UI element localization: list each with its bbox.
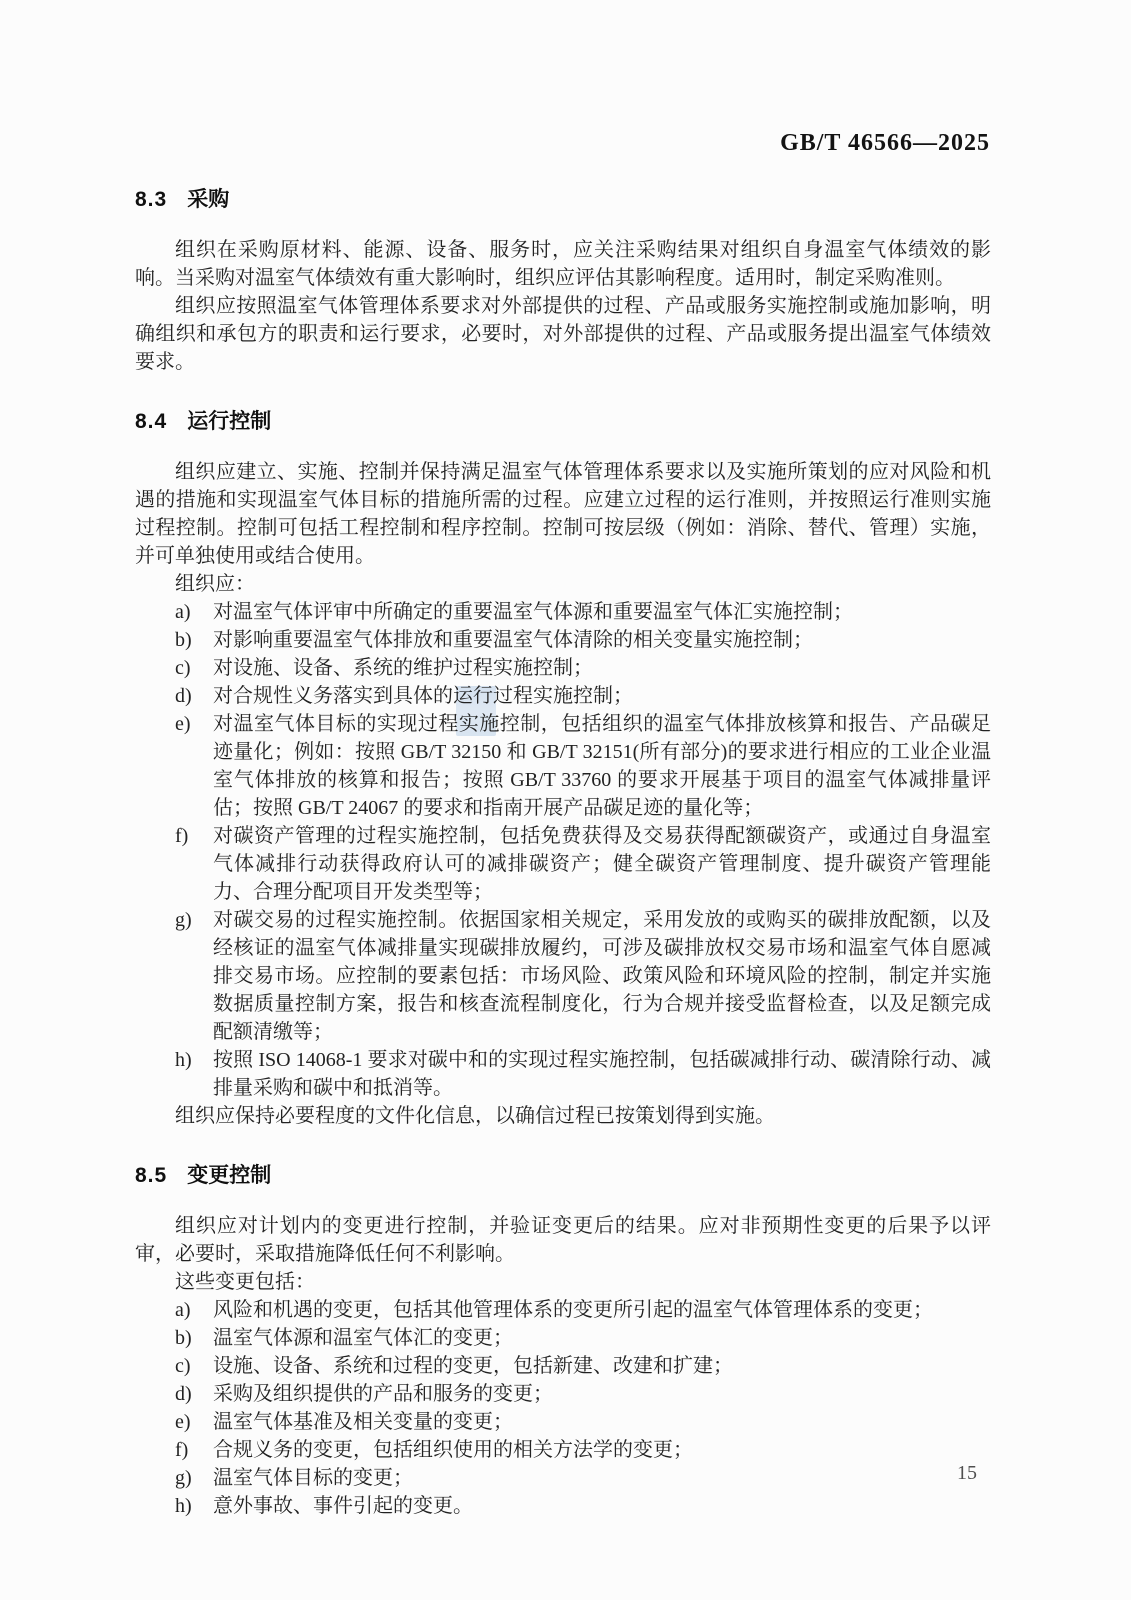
list-item-label: g): [175, 1464, 213, 1492]
list-item: b)温室气体源和温室气体汇的变更；: [135, 1324, 991, 1352]
list-item-text: 合规义务的变更，包括组织使用的相关方法学的变更；: [213, 1436, 991, 1464]
list-item-text: 对温室气体评审中所确定的重要温室气体源和重要温室气体汇实施控制；: [213, 598, 991, 626]
paragraph: 组织应建立、实施、控制并保持满足温室气体管理体系要求以及实施所策划的应对风险和机…: [135, 458, 991, 570]
list-item: d)对合规性义务落实到具体的运行过程实施控制；: [135, 682, 991, 710]
list-item-label: g): [175, 906, 213, 1046]
list-intro: 这些变更包括：: [135, 1268, 991, 1296]
page-content: 8.3采购 组织在采购原材料、能源、设备、服务时，应关注采购结果对组织自身温室气…: [135, 186, 991, 1520]
list-item-label: b): [175, 626, 213, 654]
list-item-label: b): [175, 1324, 213, 1352]
list-item: f)对碳资产管理的过程实施控制，包括免费获得及交易获得配额碳资产，或通过自身温室…: [135, 822, 991, 906]
list-item: e)温室气体基准及相关变量的变更；: [135, 1408, 991, 1436]
list-item-label: d): [175, 682, 213, 710]
list-item: e)对温室气体目标的实现过程实施控制，包括组织的温室气体排放核算和报告、产品碳足…: [135, 710, 991, 822]
list-item-text: 温室气体基准及相关变量的变更；: [213, 1408, 991, 1436]
list-item-label: f): [175, 822, 213, 906]
list-item-label: c): [175, 1352, 213, 1380]
list-item: b)对影响重要温室气体排放和重要温室气体清除的相关变量实施控制；: [135, 626, 991, 654]
section-title: 采购: [187, 188, 229, 211]
list-item-label: e): [175, 1408, 213, 1436]
list-item-text: 对碳交易的过程实施控制。依据国家相关规定，采用发放的或购买的碳排放配额，以及经核…: [213, 906, 991, 1046]
list-item: a)风险和机遇的变更，包括其他管理体系的变更所引起的温室气体管理体系的变更；: [135, 1296, 991, 1324]
standard-code-header: GB/T 46566—2025: [780, 130, 990, 157]
paragraph: 组织应对计划内的变更进行控制，并验证变更后的结果。应对非预期性变更的后果予以评审…: [135, 1212, 991, 1268]
list-item-text: 采购及组织提供的产品和服务的变更；: [213, 1380, 991, 1408]
list-item: a)对温室气体评审中所确定的重要温室气体源和重要温室气体汇实施控制；: [135, 598, 991, 626]
section-heading-8-3: 8.3采购: [135, 186, 991, 214]
list-item: g)对碳交易的过程实施控制。依据国家相关规定，采用发放的或购买的碳排放配额，以及…: [135, 906, 991, 1046]
list-item-label: h): [175, 1046, 213, 1102]
list-item-text: 按照 ISO 14068-1 要求对碳中和的实现过程实施控制，包括碳减排行动、碳…: [213, 1046, 991, 1102]
list-item: f)合规义务的变更，包括组织使用的相关方法学的变更；: [135, 1436, 991, 1464]
list-item-label: e): [175, 710, 213, 822]
page-number: 15: [957, 1462, 977, 1485]
list-item-text: 风险和机遇的变更，包括其他管理体系的变更所引起的温室气体管理体系的变更；: [213, 1296, 991, 1324]
list-item-text: 设施、设备、系统和过程的变更，包括新建、改建和扩建；: [213, 1352, 991, 1380]
list-item-label: c): [175, 654, 213, 682]
list-item-text: 对碳资产管理的过程实施控制，包括免费获得及交易获得配额碳资产，或通过自身温室气体…: [213, 822, 991, 906]
section-number: 8.3: [135, 188, 167, 211]
document-page: GB/T 46566—2025 8.3采购 组织在采购原材料、能源、设备、服务时…: [0, 0, 1131, 1600]
list-intro: 组织应：: [135, 570, 991, 598]
list-item-label: f): [175, 1436, 213, 1464]
list-item: d)采购及组织提供的产品和服务的变更；: [135, 1380, 991, 1408]
list-item: c)对设施、设备、系统的维护过程实施控制；: [135, 654, 991, 682]
list-item-text: 对影响重要温室气体排放和重要温室气体清除的相关变量实施控制；: [213, 626, 991, 654]
list-item-label: a): [175, 1296, 213, 1324]
list-item-text: 温室气体源和温室气体汇的变更；: [213, 1324, 991, 1352]
section-number: 8.4: [135, 410, 167, 433]
list-item-label: a): [175, 598, 213, 626]
list-item-text: 对合规性义务落实到具体的运行过程实施控制；: [213, 682, 991, 710]
paragraph: 组织在采购原材料、能源、设备、服务时，应关注采购结果对组织自身温室气体绩效的影响…: [135, 236, 991, 292]
list-item-text: 对温室气体目标的实现过程实施控制，包括组织的温室气体排放核算和报告、产品碳足迹量…: [213, 710, 991, 822]
list-item: c)设施、设备、系统和过程的变更，包括新建、改建和扩建；: [135, 1352, 991, 1380]
paragraph: 组织应按照温室气体管理体系要求对外部提供的过程、产品或服务实施控制或施加影响，明…: [135, 292, 991, 376]
list-item: h)按照 ISO 14068-1 要求对碳中和的实现过程实施控制，包括碳减排行动…: [135, 1046, 991, 1102]
list-item-text: 意外事故、事件引起的变更。: [213, 1492, 991, 1520]
section-title: 运行控制: [187, 410, 271, 433]
list-item: g)温室气体目标的变更；: [135, 1464, 991, 1492]
list-item: h)意外事故、事件引起的变更。: [135, 1492, 991, 1520]
list-item-label: d): [175, 1380, 213, 1408]
list-item-label: h): [175, 1492, 213, 1520]
section-title: 变更控制: [187, 1164, 271, 1187]
section-number: 8.5: [135, 1164, 167, 1187]
closing-paragraph: 组织应保持必要程度的文件化信息，以确信过程已按策划得到实施。: [135, 1102, 991, 1130]
list-item-text: 对设施、设备、系统的维护过程实施控制；: [213, 654, 991, 682]
list-item-text: 温室气体目标的变更；: [213, 1464, 991, 1492]
section-heading-8-5: 8.5变更控制: [135, 1162, 991, 1190]
section-heading-8-4: 8.4运行控制: [135, 408, 991, 436]
